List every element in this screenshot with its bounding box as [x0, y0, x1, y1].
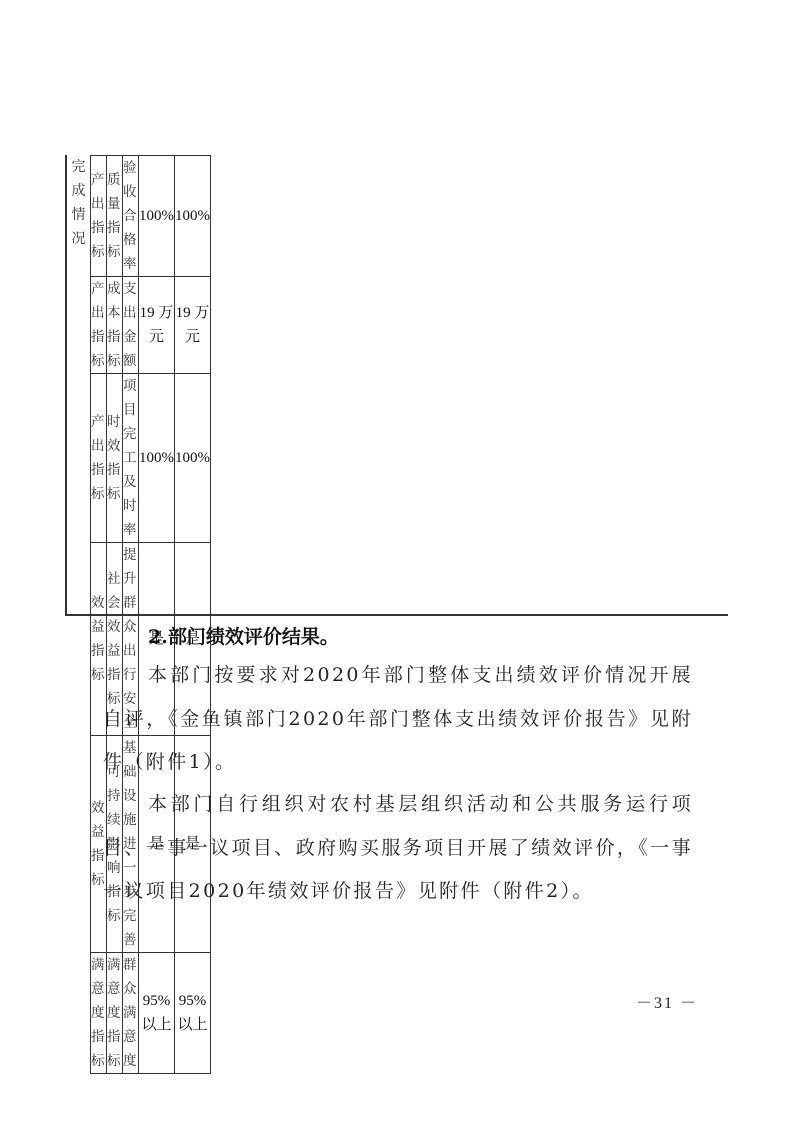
indicator-name-cell: 支出金额 — [123, 277, 139, 374]
target-value-cell: 100% — [139, 156, 175, 277]
actual-value-cell: 19 万元 — [175, 277, 211, 374]
paragraph-self-evaluation: 本部门按要求对2020年部门整体支出绩效评价情况开展自评，《金鱼镇部门2020年… — [103, 654, 693, 785]
actual-value-cell: 100% — [175, 374, 211, 543]
target-value-cell: 100% — [139, 374, 175, 543]
table-row: 产出指标时效指标项目完工及时率100%100% — [91, 374, 211, 543]
table-row: 产出指标成本指标支出金额19 万元19 万元 — [91, 277, 211, 374]
category-cell: 产出指标 — [91, 277, 107, 374]
actual-value-cell: 95%以上 — [175, 953, 211, 1074]
table-row: 满意度指标满意度指标群众满意度95%以上95%以上 — [91, 953, 211, 1074]
indicator-name-cell: 验收合格率 — [123, 156, 139, 277]
sub-indicator-cell: 满意度指标 — [107, 953, 123, 1074]
sub-indicator-cell: 成本指标 — [107, 277, 123, 374]
indicator-name-cell: 群众满意度 — [123, 953, 139, 1074]
actual-value-cell: 100% — [175, 156, 211, 277]
indicator-name-cell: 项目完工及时率 — [123, 374, 139, 543]
table-outer-bottom-border — [65, 614, 728, 616]
target-value-cell: 19 万元 — [139, 277, 175, 374]
category-cell: 满意度指标 — [91, 953, 107, 1074]
page-number: －31 － — [636, 990, 698, 1013]
category-cell: 产出指标 — [91, 374, 107, 543]
side-label-completion: 完成情况 — [67, 155, 90, 251]
target-value-cell: 95%以上 — [139, 953, 175, 1074]
section-heading: 2.部门绩效评价结果。 — [148, 622, 339, 649]
sub-indicator-cell: 质量指标 — [107, 156, 123, 277]
table-row: 产出指标质量指标验收合格率100%100% — [91, 156, 211, 277]
sub-indicator-cell: 时效指标 — [107, 374, 123, 543]
document-page: 完成情况 产出指标质量指标验收合格率100%100%产出指标成本指标支出金额19… — [0, 0, 793, 1122]
category-cell: 产出指标 — [91, 156, 107, 277]
paragraph-project-evaluation: 本部门自行组织对农村基层组织活动和公共服务运行项目、一事一议项目、政府购买服务项… — [103, 783, 693, 914]
